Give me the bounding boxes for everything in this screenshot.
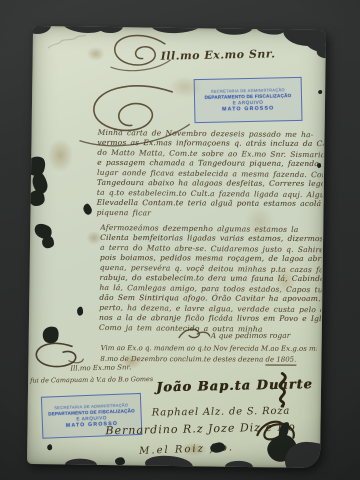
ink-blot — [77, 307, 83, 316]
torn-edge — [215, 26, 253, 35]
ink-blot — [317, 163, 321, 168]
heading-flourish — [108, 33, 173, 74]
ink-blot — [29, 190, 45, 206]
ink-blot — [47, 444, 52, 450]
dateline-year-underlined: de 1805. — [265, 356, 296, 366]
ink-blot — [42, 236, 54, 248]
age-spot — [86, 231, 102, 245]
salutation-heading: Ill.mo Ex.mo Snr. — [161, 47, 276, 62]
closing-line: A que pedimos rogar — [211, 331, 291, 340]
torn-edge — [27, 26, 51, 34]
signature-1-rubric — [272, 371, 295, 407]
dateline-1: Vim ao Ex.o q. mandem ao q.to Nov fereci… — [101, 344, 317, 353]
torn-edge — [225, 461, 253, 468]
initial-flourish — [75, 83, 192, 151]
archive-stamp-top: SECRETARIA DE ADMINISTRAÇÃO DEPARTAMENTO… — [194, 77, 303, 123]
handwriting-line: piquena ficar — [96, 208, 322, 220]
torn-edge — [317, 46, 326, 58]
age-spot — [120, 353, 142, 369]
closing-flourish — [177, 326, 211, 342]
margin-flourish — [32, 340, 84, 371]
age-spot — [87, 47, 105, 61]
stamp-line: MATO GROSSO — [198, 105, 298, 113]
margin-note-line-2: fui de Camapuam à V.a do B.o Gomes — [30, 375, 153, 385]
torn-edge — [65, 458, 97, 468]
torn-edge — [144, 454, 193, 468]
torn-edge — [97, 26, 123, 33]
ink-blot — [82, 203, 93, 216]
age-spot — [47, 138, 73, 172]
document-paper: Ill.mo Ex.mo Snr. SECRETARIA DE ADMINIST… — [27, 26, 326, 468]
ink-blot — [318, 90, 322, 94]
ink-blot — [115, 457, 125, 465]
pencil-annotation — [44, 30, 90, 52]
torn-edge — [254, 26, 286, 37]
photo-background: Ill.mo Ex.mo Snr. SECRETARIA DE ADMINIST… — [0, 0, 360, 480]
